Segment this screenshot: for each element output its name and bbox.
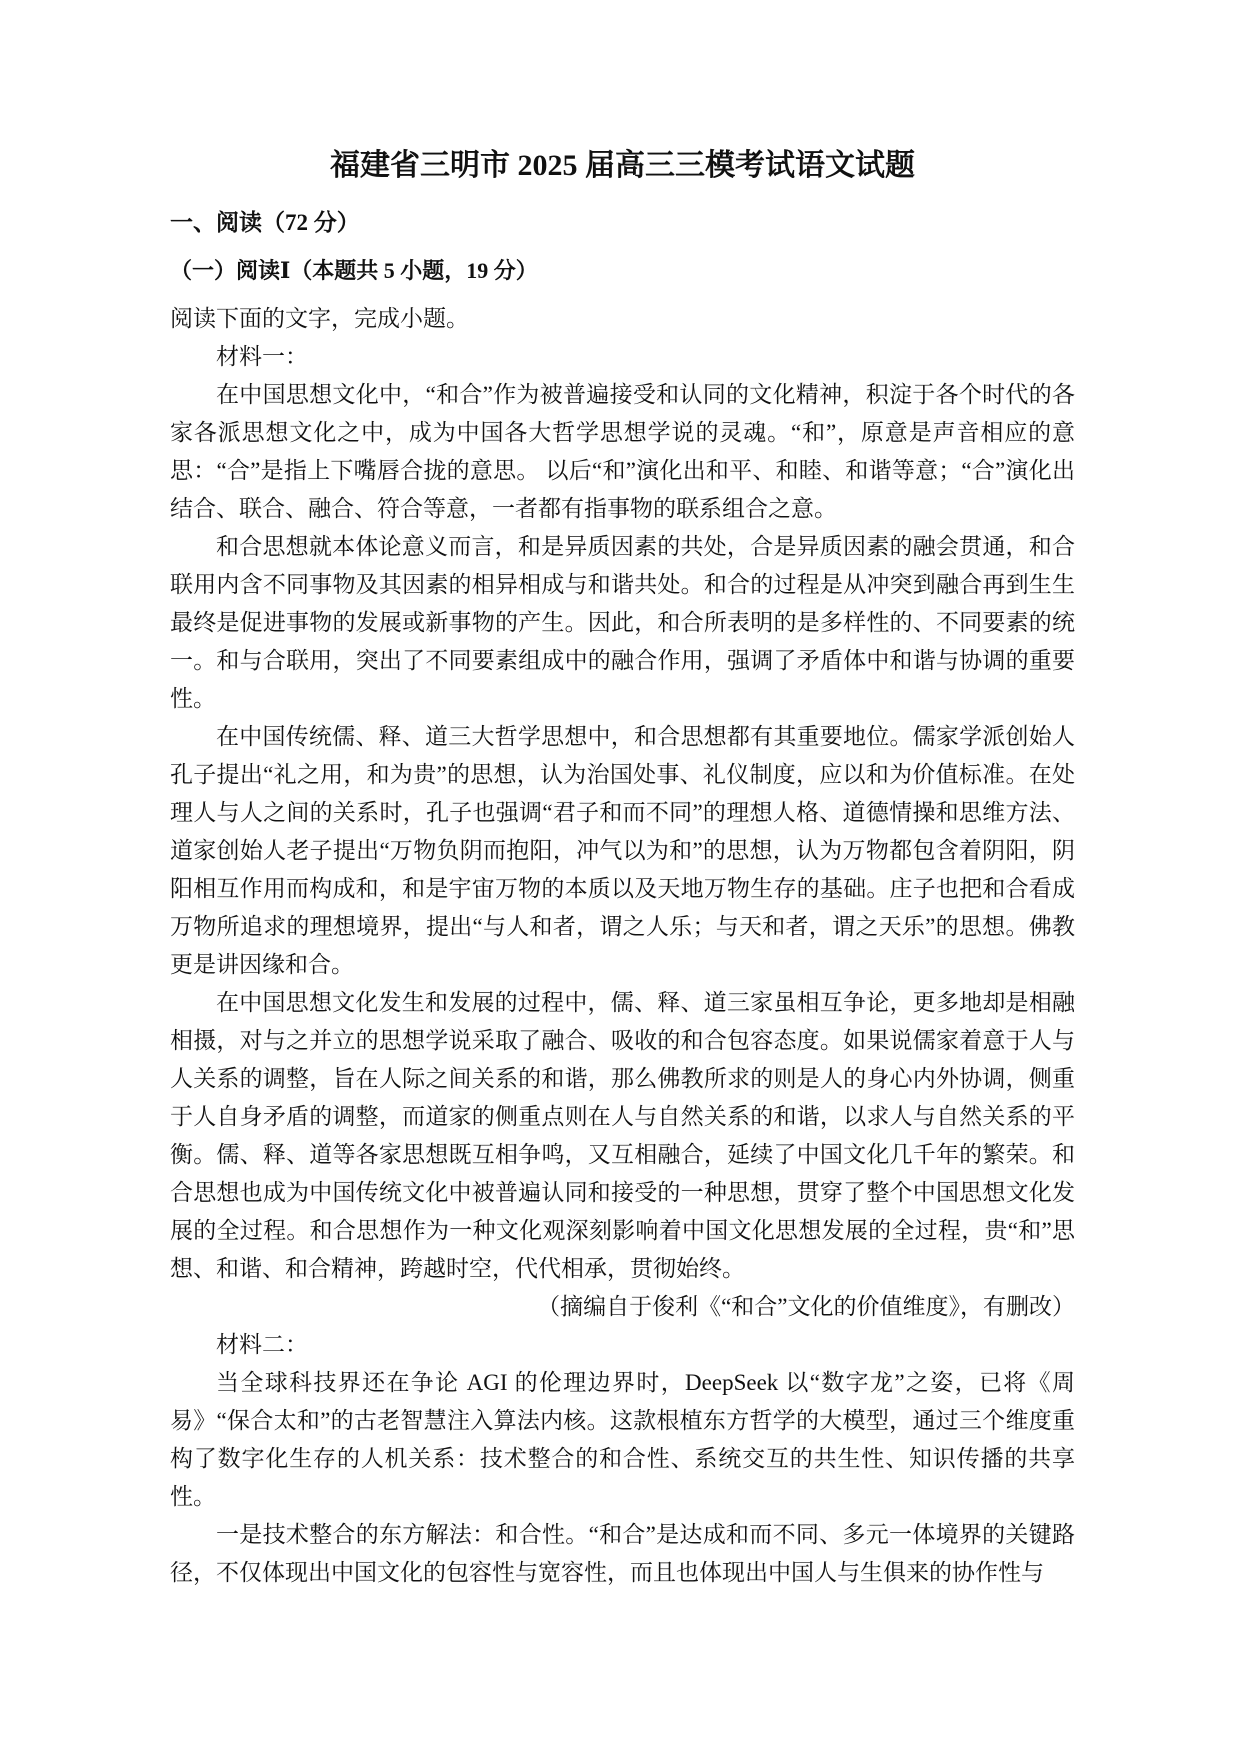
material-one-paragraph-2: 和合思想就本体论意义而言，和是异质因素的共处，合是异质因素的融会贯通，和合联用内…	[170, 528, 1075, 718]
material-one-label: 材料一：	[170, 338, 1075, 376]
reading-instruction: 阅读下面的文字，完成小题。	[170, 300, 1075, 338]
subsection-heading-reading-one: （一）阅读Ⅰ（本题共 5 小题，19 分）	[170, 254, 1075, 288]
material-one-paragraph-1: 在中国思想文化中，“和合”作为被普遍接受和认同的文化精神，积淀于各个时代的各家各…	[170, 376, 1075, 528]
material-one-paragraph-3: 在中国传统儒、释、道三大哲学思想中，和合思想都有其重要地位。儒家学派创始人孔子提…	[170, 718, 1075, 984]
material-two-paragraph-2: 一是技术整合的东方解法：和合性。“和合”是达成和而不同、多元一体境界的关键路径，…	[170, 1516, 1075, 1592]
document-title: 福建省三明市 2025 届高三三模考试语文试题	[170, 146, 1075, 186]
material-one-paragraph-4: 在中国思想文化发生和发展的过程中，儒、释、道三家虽相互争论，更多地却是相融相摄，…	[170, 984, 1075, 1288]
document-page: 福建省三明市 2025 届高三三模考试语文试题 一、阅读（72 分） （一）阅读…	[0, 0, 1240, 1754]
material-one-attribution: （摘编自于俊利《“和合”文化的价值维度》，有删改）	[170, 1288, 1075, 1326]
section-heading-reading: 一、阅读（72 分）	[170, 206, 1075, 240]
material-two-label: 材料二：	[170, 1326, 1075, 1364]
material-two-paragraph-1: 当全球科技界还在争论 AGI 的伦理边界时，DeepSeek 以“数字龙”之姿，…	[170, 1364, 1075, 1516]
